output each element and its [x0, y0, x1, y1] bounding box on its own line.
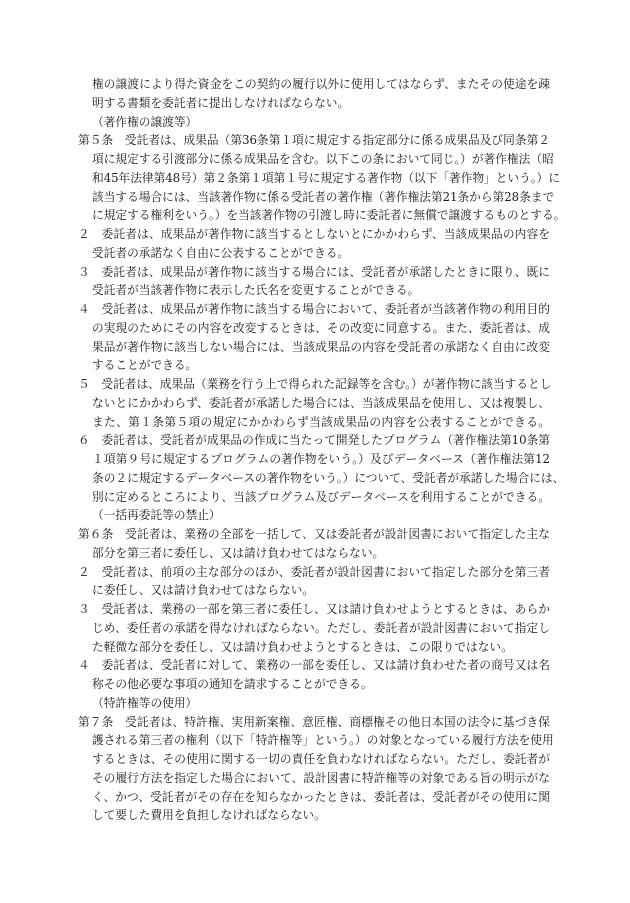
text-line: 条の２に規定するデータベースの著作物をいう。）について、受託者が承諾した場合には… [78, 469, 550, 488]
text-line: 該当する場合には、当該著作物に係る受託者の著作権（著作権法第21条から第28条ま… [78, 188, 550, 207]
text-line: 和45年法律第48号）第２条第１項第１号に規定する著作物（以下「著作物」という。… [78, 169, 550, 188]
text-line: 護される第三者の権利（以下「特許権等」という。）の対象となっている履行方法を使用 [78, 731, 550, 750]
text-line: ３ 受託者は、業務の一部を第三者に委任し、又は請け負わせようとするときは、あらか [78, 600, 550, 619]
document-page: 権の譲渡により得た資金をこの契約の履行以外に使用してはならず、またその使途を疎 … [0, 0, 630, 903]
text-line: 第５条 受託者は、成果品（第36条第１項に規定する指定部分に係る成果品及び同条第… [78, 131, 550, 150]
text-line: 権の譲渡により得た資金をこの契約の履行以外に使用してはならず、またその使途を疎 [78, 75, 550, 94]
text-line: 受託者が当該著作物に表示した氏名を変更することができる。 [78, 281, 550, 300]
text-line: 項に規定する引渡部分に係る成果品を含む。以下この条において同じ。）が著作権法（昭 [78, 150, 550, 169]
text-line: 別に定めるところにより、当該プログラム及びデータベースを利用することができる。 [78, 488, 550, 507]
article-5: （著作権の譲渡等） 第５条 受託者は、成果品（第36条第１項に規定する指定部分に… [78, 113, 550, 507]
preceding-paragraph: 権の譲渡により得た資金をこの契約の履行以外に使用してはならず、またその使途を疎 … [78, 75, 550, 113]
text-line: 明する書類を委託者に提出しなければならない。 [78, 94, 550, 113]
text-line: ２ 委託者は、成果品が著作物に該当するとしないとにかかわらず、当該成果品の内容を [78, 225, 550, 244]
text-line: た軽微な部分を委任し、又は請け負わせようとするときは、この限りではない。 [78, 638, 550, 657]
article-caption: （一括再委託等の禁止） [78, 506, 550, 525]
paragraph: ６ 委託者は、受託者が成果品の作成に当たって開発したプログラム（著作権法第10条… [78, 431, 550, 506]
text-line: 果品が著作物に該当しない場合には、当該成果品の内容を受託者の承諾なく自由に改変 [78, 338, 550, 357]
paragraph: ３ 受託者は、業務の一部を第三者に委任し、又は請け負わせようとするときは、あらか… [78, 600, 550, 656]
text-line: ６ 委託者は、受託者が成果品の作成に当たって開発したプログラム（著作権法第10条… [78, 431, 550, 450]
text-line: ３ 委託者は、成果品が著作物に該当する場合には、受託者が承諾したときに限り、既に [78, 263, 550, 282]
paragraph: ３ 委託者は、成果品が著作物に該当する場合には、受託者が承諾したときに限り、既に… [78, 263, 550, 301]
text-line: また、第１条第５項の規定にかかわらず当該成果品の内容を公表することができる。 [78, 413, 550, 432]
paragraph: 第５条 受託者は、成果品（第36条第１項に規定する指定部分に係る成果品及び同条第… [78, 131, 550, 225]
text-line: その履行方法を指定した場合において、設計図書に特許権等の対象である旨の明示がな [78, 769, 550, 788]
text-line: 第６条 受託者は、業務の全部を一括して、又は委託者が設計図書において指定した主な [78, 525, 550, 544]
text-line: することができる。 [78, 356, 550, 375]
paragraph: 第６条 受託者は、業務の全部を一括して、又は委託者が設計図書において指定した主な… [78, 525, 550, 563]
text-line: に規定する権利をいう。）を当該著作物の引渡し時に委託者に無償で譲渡するものとする… [78, 206, 550, 225]
article-caption: （特許権等の使用） [78, 694, 550, 713]
text-line: ４ 委託者は、受託者に対して、業務の一部を委任し、又は請け負わせた者の商号又は名 [78, 656, 550, 675]
text-line: に委任し、又は請け負わせてはならない。 [78, 581, 550, 600]
paragraph: ２ 受託者は、前項の主な部分のほか、委託者が設計図書において指定した部分を第三者… [78, 563, 550, 601]
text-line: 受託者の承諾なく自由に公表することができる。 [78, 244, 550, 263]
paragraph: ５ 受託者は、成果品（業務を行う上で得られた記録等を含む。）が著作物に該当すると… [78, 375, 550, 431]
text-line: ４ 受託者は、成果品が著作物に該当する場合において、委託者が当該著作物の利用目的 [78, 300, 550, 319]
paragraph: ２ 委託者は、成果品が著作物に該当するとしないとにかかわらず、当該成果品の内容を… [78, 225, 550, 263]
document-body: 権の譲渡により得た資金をこの契約の履行以外に使用してはならず、またその使途を疎 … [78, 75, 550, 825]
text-line: 第７条 受託者は、特許権、実用新案権、意匠権、商標権その他日本国の法令に基づき保 [78, 713, 550, 732]
text-line: ２ 受託者は、前項の主な部分のほか、委託者が設計図書において指定した部分を第三者 [78, 563, 550, 582]
paragraph: 第７条 受託者は、特許権、実用新案権、意匠権、商標権その他日本国の法令に基づき保… [78, 713, 550, 826]
text-line: ないとにかかわらず、委託者が承諾した場合には、当該成果品を使用し、又は複製し、 [78, 394, 550, 413]
article-7: （特許権等の使用） 第７条 受託者は、特許権、実用新案権、意匠権、商標権その他日… [78, 694, 550, 825]
text-line: するときは、その使用に関する一切の責任を負わなければならない。ただし、委託者が [78, 750, 550, 769]
article-caption: （著作権の譲渡等） [78, 113, 550, 132]
article-6: （一括再委託等の禁止） 第６条 受託者は、業務の全部を一括して、又は委託者が設計… [78, 506, 550, 694]
text-line: じめ、委任者の承諾を得なければならない。ただし、委託者が設計図書において指定し [78, 619, 550, 638]
text-line: の実現のためにその内容を改変するときは、その改変に同意する。また、委託者は、成 [78, 319, 550, 338]
text-line: して要した費用を負担しなければならない。 [78, 806, 550, 825]
paragraph: ４ 受託者は、成果品が著作物に該当する場合において、委託者が当該著作物の利用目的… [78, 300, 550, 375]
paragraph: ４ 委託者は、受託者に対して、業務の一部を委任し、又は請け負わせた者の商号又は名… [78, 656, 550, 694]
text-line: く、かつ、受託者がその存在を知らなかったときは、委託者は、受託者がその使用に関 [78, 788, 550, 807]
text-line: １項第９号に規定するプログラムの著作物をいう。）及びデータベース（著作権法第12 [78, 450, 550, 469]
text-line: 部分を第三者に委任し、又は請け負わせてはならない。 [78, 544, 550, 563]
text-line: ５ 受託者は、成果品（業務を行う上で得られた記録等を含む。）が著作物に該当すると… [78, 375, 550, 394]
text-line: 称その他必要な事項の通知を請求することができる。 [78, 675, 550, 694]
